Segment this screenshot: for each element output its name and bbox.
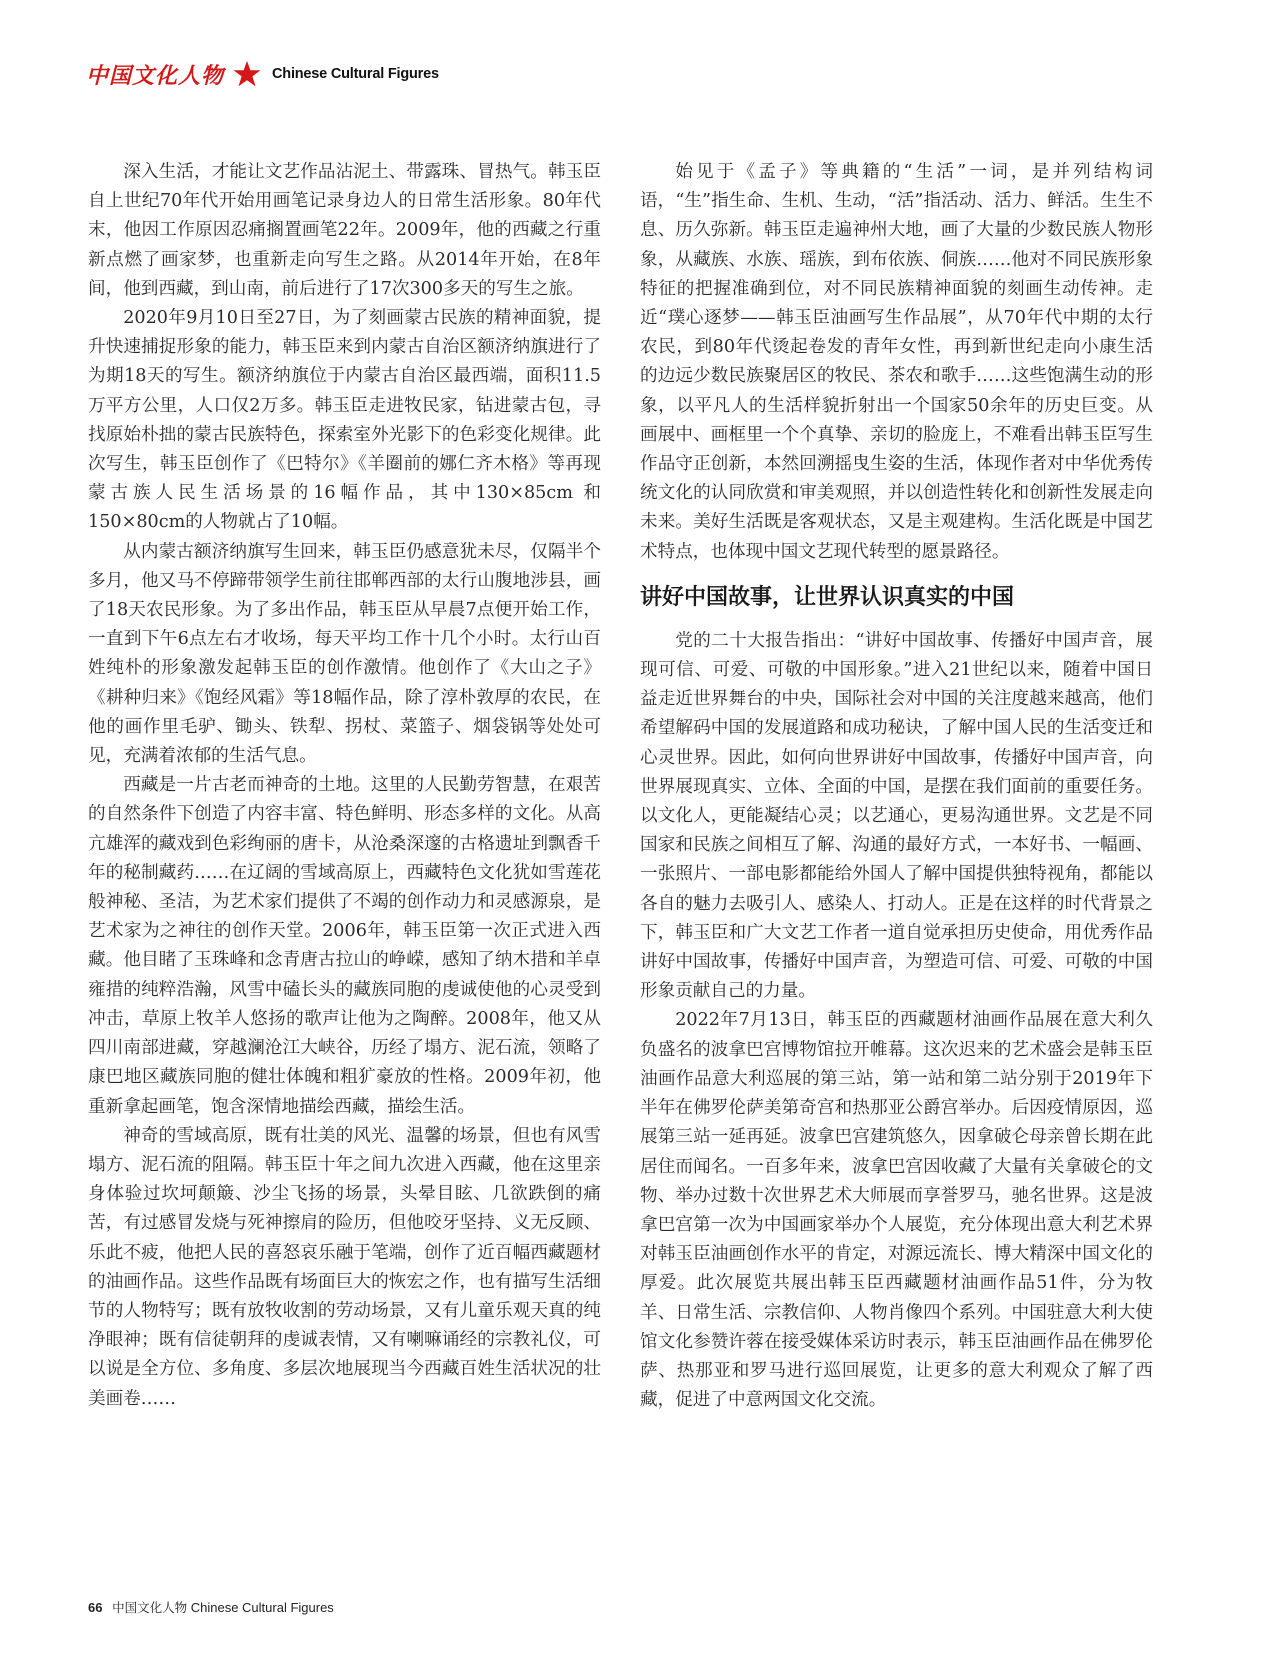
magazine-header: 中国文化人物 Chinese Cultural Figures: [86, 54, 439, 94]
page-footer: 66 中国文化人物 Chinese Cultural Figures: [88, 1598, 334, 1616]
section-heading: 讲好中国故事，让世界认识真实的中国: [640, 583, 1153, 613]
paragraph: 深入生活，才能让文艺作品沾泥土、带露珠、冒热气。韩玉臣自上世纪70年代开始用画笔…: [88, 158, 601, 304]
brand-title-en: Chinese Cultural Figures: [272, 66, 439, 82]
paragraph: 2020年9月10日至27日，为了刻画蒙古民族的精神面貌，提升快速捕捉形象的能力…: [88, 304, 601, 538]
paragraph: 党的二十大报告指出：“讲好中国故事、传播好中国声音，展现可信、可爱、可敬的中国形…: [640, 627, 1153, 1007]
footer-publication-cn: 中国文化人物: [112, 1600, 187, 1615]
star-icon: [232, 59, 262, 89]
article-right-column: 始见于《孟子》等典籍的“生活”一词，是并列结构词语，“生”指生命、生机、生动，“…: [640, 158, 1153, 1415]
paragraph: 西藏是一片古老而神奇的土地。这里的人民勤劳智慧，在艰苦的自然条件下创造了内容丰富…: [88, 771, 601, 1121]
paragraph: 从内蒙古额济纳旗写生回来，韩玉臣仍感意犹未尽，仅隔半个多月，他又马不停蹄带领学生…: [88, 538, 601, 772]
footer-publication-en: Chinese Cultural Figures: [191, 1600, 334, 1615]
article-left-column: 深入生活，才能让文艺作品沾泥土、带露珠、冒热气。韩玉臣自上世纪70年代开始用画笔…: [88, 158, 601, 1414]
page-number: 66: [88, 1600, 102, 1615]
paragraph: 2022年7月13日，韩玉臣的西藏题材油画作品展在意大利久负盛名的波拿巴宫博物馆…: [640, 1006, 1153, 1415]
paragraph: 神奇的雪域高原，既有壮美的风光、温馨的场景，但也有风雪塌方、泥石流的阻隔。韩玉臣…: [88, 1122, 601, 1414]
brand-title-cn: 中国文化人物: [86, 59, 224, 90]
paragraph: 始见于《孟子》等典籍的“生活”一词，是并列结构词语，“生”指生命、生机、生动，“…: [640, 158, 1153, 567]
